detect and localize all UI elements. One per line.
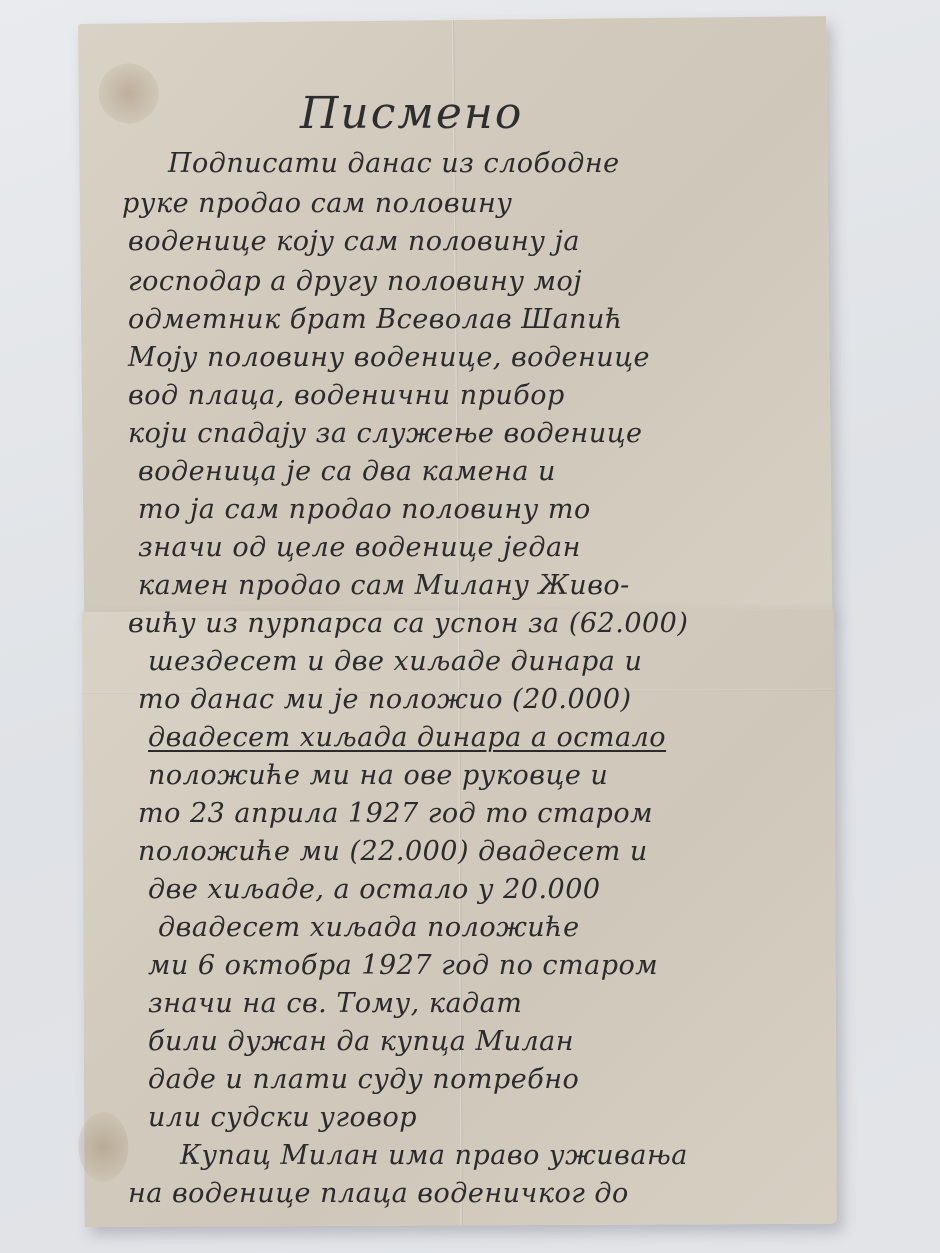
text-line: одметник брат Всеволав Шапић bbox=[128, 306, 623, 333]
text-line: вићу из пурпарса са успон за (62.000) bbox=[128, 610, 688, 637]
text-line: двадесет хиљада положиће bbox=[158, 914, 580, 941]
text-line: Моју половину воденице, воденице bbox=[128, 344, 650, 371]
text-line: вод плаца, воденични прибор bbox=[128, 382, 565, 409]
text-line: који спадају за служење воденице bbox=[128, 420, 643, 447]
text-line: значи на св. Тому, кадат bbox=[148, 990, 522, 1017]
text-line: даде и плати суду потребно bbox=[148, 1066, 579, 1093]
text-line: на воденице плаца воденичког до bbox=[128, 1180, 629, 1207]
text-line: две хиљаде, а остало у 20.000 bbox=[148, 876, 601, 903]
ink-stain bbox=[78, 1112, 128, 1182]
text-line: то ја сам продао половину то bbox=[138, 496, 591, 523]
text-line: камен продао сам Милану Живо- bbox=[138, 572, 630, 599]
text-line: то 23 априла 1927 год то старом bbox=[138, 800, 653, 827]
text-line: то данас ми је положио (20.000) bbox=[138, 686, 632, 713]
text-line: положиће ми на ове руковце и bbox=[148, 762, 608, 789]
text-line: Подписати данас из слободне bbox=[168, 150, 620, 177]
text-line: били дужан да купца Милан bbox=[148, 1028, 574, 1055]
paper-stain bbox=[98, 63, 159, 124]
text-line: Купац Милан има право уживања bbox=[180, 1142, 688, 1169]
text-line: двадесет хиљада динара а остало bbox=[148, 724, 666, 751]
text-line: положиће ми (22.000) двадесет и bbox=[138, 838, 648, 865]
document-title: Писмено bbox=[300, 88, 523, 139]
text-line: воденице коју сам половину ја bbox=[128, 228, 580, 255]
text-line: значи од целе воденице један bbox=[138, 534, 581, 561]
text-line: или судски уговор bbox=[148, 1104, 417, 1131]
text-line: воденица је са два камена и bbox=[138, 458, 556, 485]
text-line: господар а другу половину мој bbox=[128, 268, 582, 295]
text-line: ми 6 октобра 1927 год по старом bbox=[148, 952, 658, 979]
text-line: шездесет и две хиљаде динара и bbox=[148, 648, 642, 675]
text-line: руке продао сам половину bbox=[122, 190, 512, 217]
